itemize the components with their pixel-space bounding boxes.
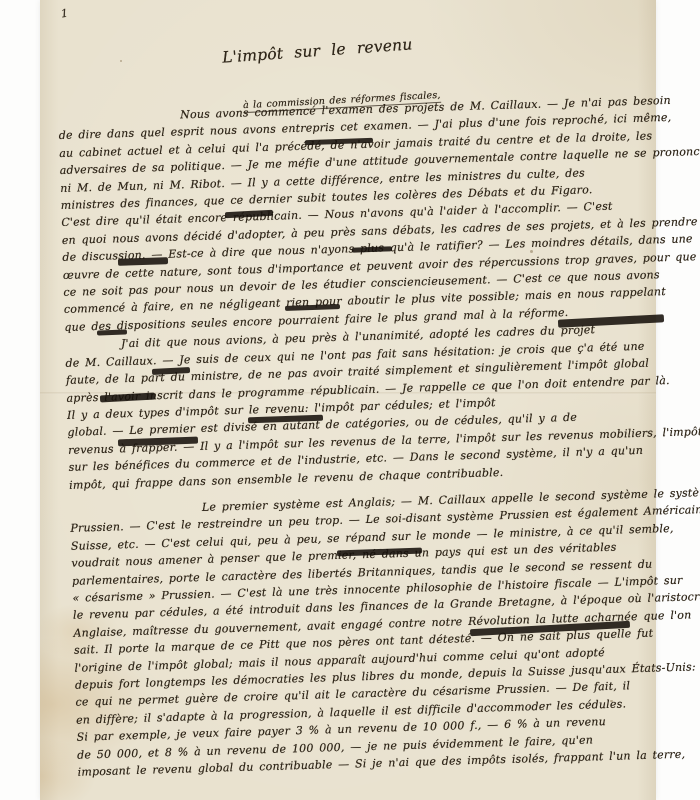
paragraph: Nous avons commencé l'examen des projets… (58, 92, 660, 336)
paragraph: Le premier système est Anglais; — M. Cai… (70, 485, 674, 781)
manuscript-body: Nous avons commencé l'examen des projets… (58, 92, 674, 781)
ink-strikeout (97, 329, 127, 335)
paper-speck (120, 60, 122, 62)
paragraph: J'ai dit que nous avions, à peu près à l… (65, 320, 665, 494)
manuscript-scan: 1 L'impôt sur le revenu à la commission … (0, 0, 700, 800)
